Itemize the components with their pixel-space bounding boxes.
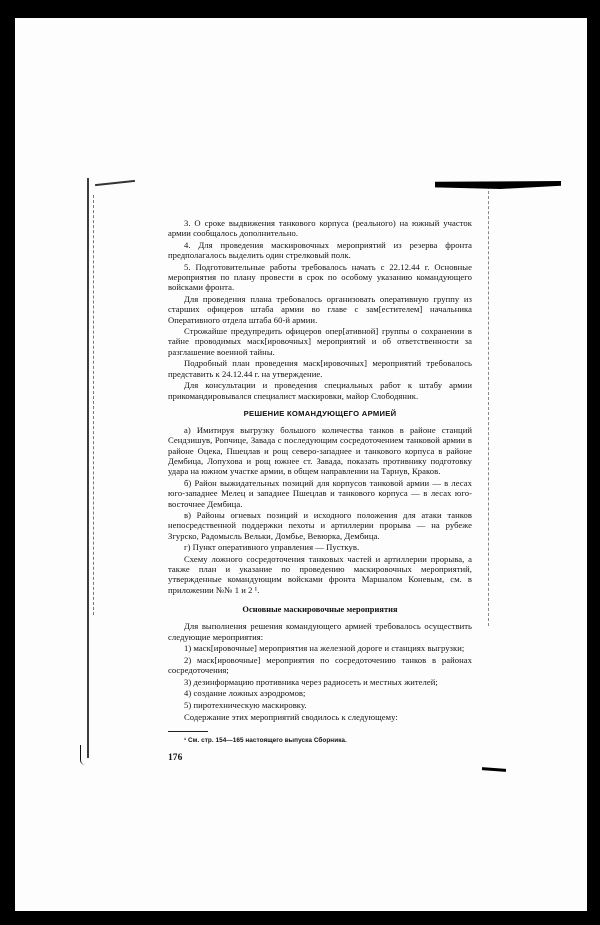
paragraph: Для проведения плана требовалось организ… [168,294,472,325]
paragraph: Для выполнения решения командующего арми… [168,621,472,642]
section-heading-decision: РЕШЕНИЕ КОМАНДУЮЩЕГО АРМИЕЙ [168,409,472,419]
scan-bottom-left-curve [80,745,85,765]
page-number: 176 [168,753,472,763]
paragraph: Схему ложного сосредоточения танковых ча… [168,554,472,595]
scan-right-edge-dash [488,186,490,626]
page-text: 3. О сроке выдвижения танкового корпуса … [168,218,472,763]
footnote-divider [168,731,208,732]
footnote: ¹ См. стр. 154—165 настоящего выпуска Сб… [168,737,472,745]
paragraph: Подробный план проведения маск[ировочных… [168,358,472,379]
paragraph: а) Имитируя выгрузку большого количества… [168,425,472,476]
paragraph: г) Пункт оперативного управления — Пустк… [168,542,472,552]
paragraph: в) Районы огневых позиций и исходного по… [168,510,472,541]
paragraph: 4. Для проведения маскировочных мероприя… [168,240,472,261]
scan-gutter-line [87,178,89,758]
paragraph: б) Район выжидательных позиций для корпу… [168,478,472,509]
list-item: 1) маск[ировочные] мероприятия на железн… [168,643,472,653]
paragraph: 3. О сроке выдвижения танкового корпуса … [168,218,472,239]
list-item: 2) маск[ировочные] мероприятия по сосред… [168,655,472,676]
paragraph: Для консультации и проведения специальны… [168,380,472,401]
paragraph: Содержание этих мероприятий сводилось к … [168,712,472,722]
list-item: 3) дезинформацию противника через радиос… [168,677,472,687]
scan-gutter-dash [93,195,95,615]
section-heading-measures: Основные маскировочные мероприятия [168,605,472,615]
paragraph: 5. Подготовительные работы требовалось н… [168,262,472,293]
list-item: 5) пиротехническую маскировку. [168,700,472,710]
list-item: 4) создание ложных аэродромов; [168,688,472,698]
paragraph: Строжайше предупредить офицеров опер[ати… [168,326,472,357]
